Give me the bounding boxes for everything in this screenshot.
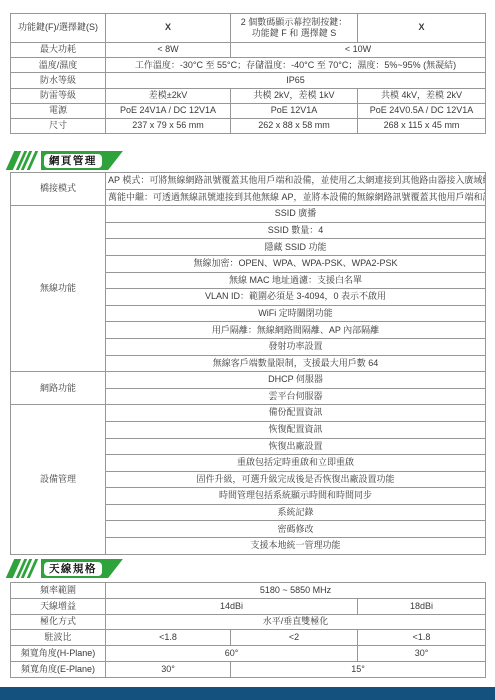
section-title: 網頁管理 <box>43 153 103 169</box>
cell-value: 5180 ~ 5850 MHz <box>106 583 486 599</box>
section-banner: 網頁管理 <box>41 151 123 170</box>
cell-value: 30° <box>106 661 231 677</box>
row-label: 頻寬角度(E-Plane) <box>11 661 106 677</box>
cell-value: < 8W <box>106 43 231 58</box>
cell-line: 2 個數碼顯示幕控制按鍵： <box>233 17 355 28</box>
row-label: 頻率範圍 <box>11 583 106 599</box>
cell-value: AP 模式：可將無線網路訊號覆蓋其他用戶端和設備，並使用乙太網連接到其他路由器接… <box>106 173 486 190</box>
cell-line: 功能鍵 F 和 選擇鍵 S <box>233 28 355 39</box>
cell-value: < 10W <box>231 43 486 58</box>
table-row: 防水等級 IP65 <box>11 73 486 88</box>
web-management-table: 橋接模式 AP 模式：可將無線網路訊號覆蓋其他用戶端和設備，並使用乙太網連接到其… <box>10 172 486 555</box>
cell-value: 用戶隔離：無線網路間隔離、AP 內部隔離 <box>106 322 486 339</box>
cell-value: 固件升級，可選升級完成後是否恢復出廠設置功能 <box>106 471 486 488</box>
cell-value: 262 x 88 x 58 mm <box>231 118 358 133</box>
cell-value: 恢復出廠設置 <box>106 438 486 455</box>
cell-value: X <box>106 14 231 43</box>
table-row: 網路功能 DHCP 伺服器 <box>11 372 486 389</box>
cell-value: 18dBi <box>358 598 486 614</box>
cell-value: 水平/垂直雙極化 <box>106 614 486 630</box>
table-row: 無線功能 SSID 廣播 <box>11 206 486 223</box>
table-row: 電源 PoE 24V1A / DC 12V1A PoE 12V1A PoE 24… <box>11 103 486 118</box>
spec-sheet-page: 功能鍵(F)/選擇鍵(S) X 2 個數碼顯示幕控制按鍵： 功能鍵 F 和 選擇… <box>0 0 495 700</box>
row-label: 網路功能 <box>11 372 106 405</box>
row-label: 尺寸 <box>11 118 106 133</box>
cell-value: 無線客戶端數量限制，支援最大用戶數 64 <box>106 355 486 372</box>
table-row: 頻率範圍 5180 ~ 5850 MHz <box>11 583 486 599</box>
cell-value: 共模 4kV，差模 2kV <box>358 88 486 103</box>
table-row: 頻寬角度(H-Plane) 60° 30° <box>11 646 486 662</box>
cell-value: SSID 數量：4 <box>106 222 486 239</box>
cell-value: 無線加密：OPEN、WPA、WPA-PSK、WPA2-PSK <box>106 255 486 272</box>
cell-value: PoE 24V0.5A / DC 12V1A <box>358 103 486 118</box>
row-label: 極化方式 <box>11 614 106 630</box>
row-label: 天線增益 <box>11 598 106 614</box>
cell-value: SSID 廣播 <box>106 206 486 223</box>
row-label: 無線功能 <box>11 206 106 372</box>
cell-value: 30° <box>358 646 486 662</box>
table-row: 最大功耗 < 8W < 10W <box>11 43 486 58</box>
cell-value: PoE 24V1A / DC 12V1A <box>106 103 231 118</box>
row-label: 頻寬角度(H-Plane) <box>11 646 106 662</box>
table-row: 天線增益 14dBi 18dBi <box>11 598 486 614</box>
section-banner: 天線規格 <box>41 559 123 578</box>
row-label: 溫度/濕度 <box>11 58 106 73</box>
table-row: 頻寬角度(E-Plane) 30° 15° <box>11 661 486 677</box>
cell-value: 268 x 115 x 45 mm <box>358 118 486 133</box>
row-label: 防雷等級 <box>11 88 106 103</box>
cell-value: WiFi 定時關閉功能 <box>106 305 486 322</box>
cell-value: 差模±2kV <box>106 88 231 103</box>
cell-value: 時間管理包括系統顯示時間和時間同步 <box>106 488 486 505</box>
table-row: 設備管理 備份配置資訊 <box>11 405 486 422</box>
row-label: 橋接模式 <box>11 173 106 206</box>
cell-value: VLAN ID：範圍必須是 3-4094，0 表示不啟用 <box>106 289 486 306</box>
table-row: 橋接模式 AP 模式：可將無線網路訊號覆蓋其他用戶端和設備，並使用乙太網連接到其… <box>11 173 486 190</box>
row-label: 功能鍵(F)/選擇鍵(S) <box>11 14 106 43</box>
cell-value: <1.8 <box>106 630 231 646</box>
footer-bar <box>0 687 495 700</box>
cell-value: 系統記錄 <box>106 504 486 521</box>
table-row: 尺寸 237 x 79 x 56 mm 262 x 88 x 58 mm 268… <box>11 118 486 133</box>
cell-value: 15° <box>231 661 486 677</box>
cell-value: 14dBi <box>106 598 358 614</box>
table-row: 駐波比 <1.8 <2 <1.8 <box>11 630 486 646</box>
cell-value: PoE 12V1A <box>231 103 358 118</box>
cell-value: 237 x 79 x 56 mm <box>106 118 231 133</box>
cell-value: X <box>358 14 486 43</box>
cell-value: 發射功率設置 <box>106 338 486 355</box>
antenna-spec-table: 頻率範圍 5180 ~ 5850 MHz 天線增益 14dBi 18dBi 極化… <box>10 582 486 678</box>
table-row: 防雷等級 差模±2kV 共模 2kV，差模 1kV 共模 4kV，差模 2kV <box>11 88 486 103</box>
cell-value: 60° <box>106 646 358 662</box>
cell-value: 萬能中繼：可透過無線訊號連接到其他無線 AP，並將本設備的無線網路訊號覆蓋其他用… <box>106 189 486 206</box>
table-row: 溫度/濕度 工作溫度：-30°C 至 55°C；存儲溫度：-40°C 至 70°… <box>11 58 486 73</box>
cell-value: 支援本地統一管理功能 <box>106 538 486 555</box>
cell-value: 隱藏 SSID 功能 <box>106 239 486 256</box>
row-label: 防水等級 <box>11 73 106 88</box>
cell-value: 工作溫度：-30°C 至 55°C；存儲溫度：-40°C 至 70°C；濕度：5… <box>106 58 486 73</box>
row-label: 電源 <box>11 103 106 118</box>
cell-value: 恢復配置資訊 <box>106 421 486 438</box>
cell-value: <1.8 <box>358 630 486 646</box>
cell-value: 重啟包括定時重啟和立即重啟 <box>106 455 486 472</box>
green-stripes-icon <box>10 151 37 170</box>
cell-value: IP65 <box>106 73 486 88</box>
green-stripes-icon <box>10 559 37 578</box>
cell-value: DHCP 伺服器 <box>106 372 486 389</box>
table-row: 功能鍵(F)/選擇鍵(S) X 2 個數碼顯示幕控制按鍵： 功能鍵 F 和 選擇… <box>11 14 486 43</box>
cell-value: 共模 2kV，差模 1kV <box>231 88 358 103</box>
cell-value: 密碼修改 <box>106 521 486 538</box>
cell-value: 雲平台伺服器 <box>106 388 486 405</box>
row-label: 設備管理 <box>11 405 106 554</box>
row-label: 駐波比 <box>11 630 106 646</box>
device-spec-table: 功能鍵(F)/選擇鍵(S) X 2 個數碼顯示幕控制按鍵： 功能鍵 F 和 選擇… <box>10 13 486 134</box>
table-row: 極化方式 水平/垂直雙極化 <box>11 614 486 630</box>
cell-value: 備份配置資訊 <box>106 405 486 422</box>
cell-value: 無線 MAC 地址過濾：支援白名單 <box>106 272 486 289</box>
section-header-antenna-spec: 天線規格 <box>10 559 123 578</box>
cell-value: <2 <box>231 630 358 646</box>
section-header-web-management: 網頁管理 <box>10 151 123 170</box>
row-label: 最大功耗 <box>11 43 106 58</box>
section-title: 天線規格 <box>43 561 103 577</box>
cell-value: 2 個數碼顯示幕控制按鍵： 功能鍵 F 和 選擇鍵 S <box>231 14 358 43</box>
